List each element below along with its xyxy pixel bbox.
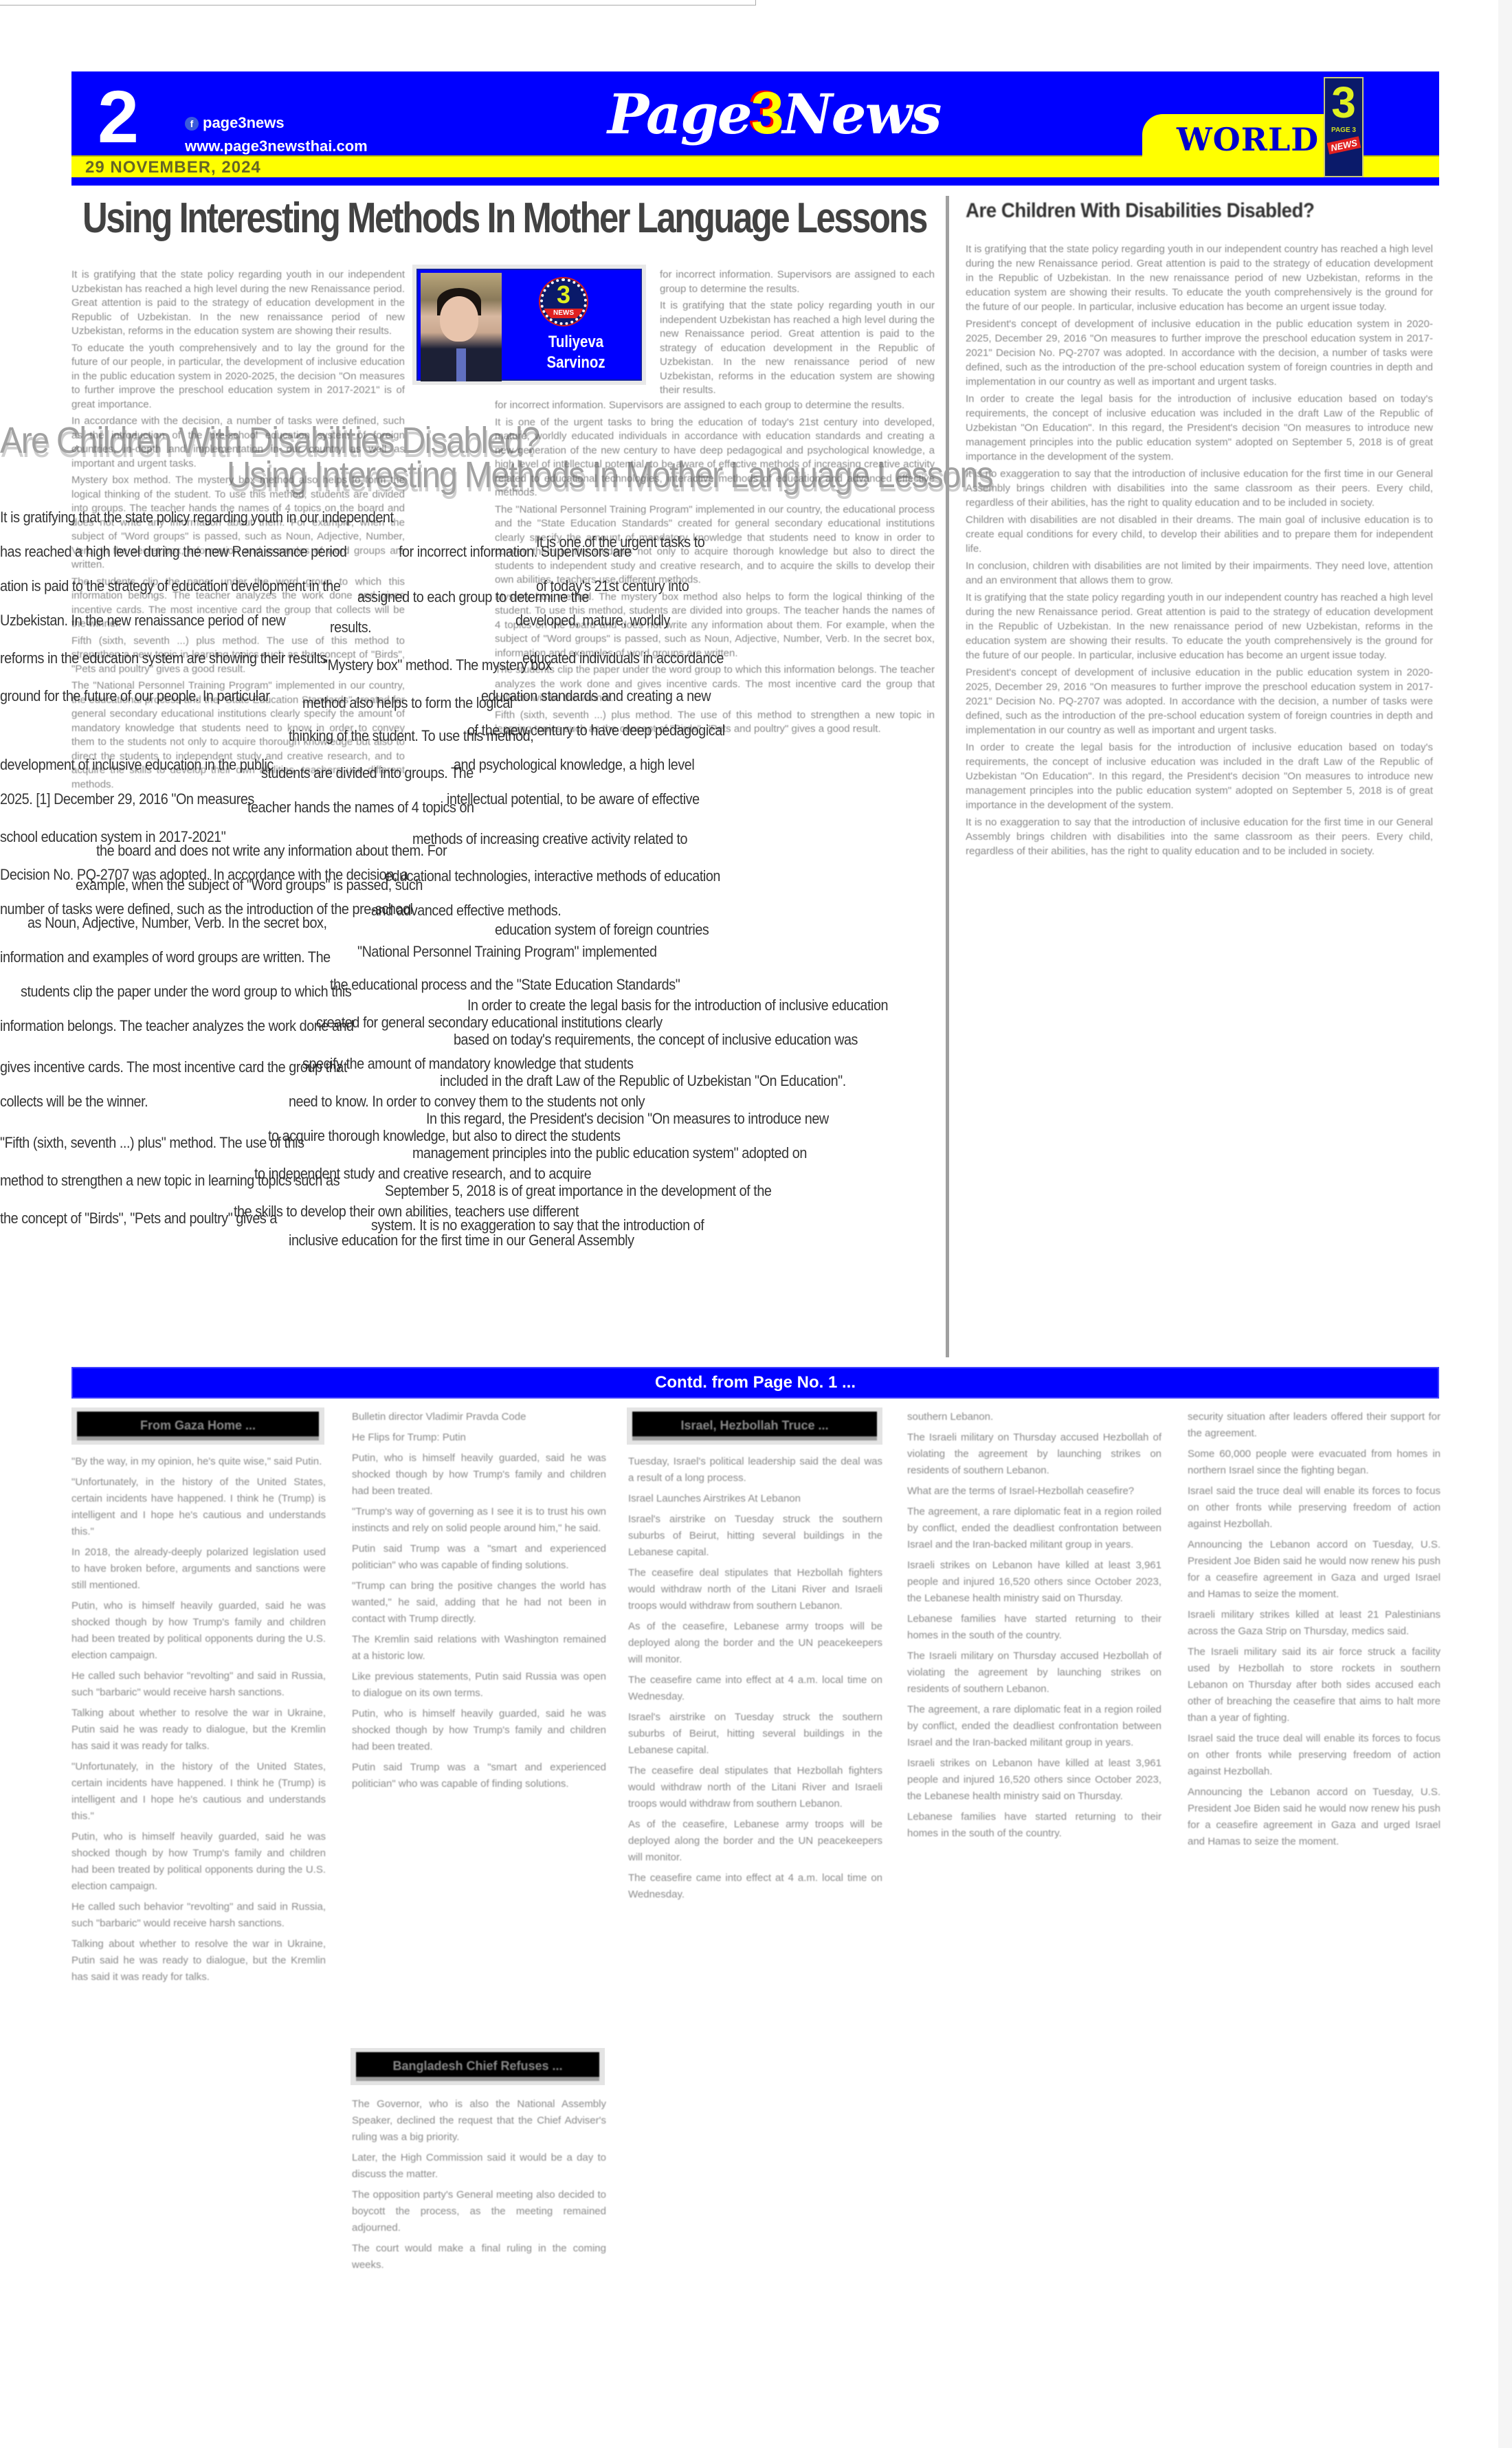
- paragraph: The "National Personnel Training Program…: [495, 503, 935, 588]
- paragraph: The ceasefire came into effect at 4 a.m.…: [628, 1870, 882, 1903]
- paragraph: Israel said the truce deal will enable i…: [1188, 1483, 1441, 1533]
- paragraph: southern Lebanon.: [907, 1409, 1161, 1425]
- paragraph: Later, the High Commission said it would…: [352, 2150, 606, 2183]
- paragraph: In accordance with the decision, a numbe…: [71, 414, 405, 471]
- lower-column-2: Bulletin director Vladimir Pravda Code H…: [352, 1409, 606, 2041]
- paragraph: In order to create the legal basis for t…: [966, 740, 1433, 812]
- paragraph: It is no exaggeration to say that the in…: [966, 467, 1433, 510]
- lower-column-2-bottom: The Governor, who is also the National A…: [352, 2096, 606, 2385]
- paragraph: President's concept of development of in…: [966, 665, 1433, 737]
- logo-number: 3: [751, 80, 783, 146]
- paragraph: "Trump's way of governing as I see it is…: [352, 1504, 606, 1537]
- badge-text: NEWS: [543, 309, 584, 318]
- paragraph: Israeli strikes on Lebanon have killed a…: [907, 1557, 1161, 1607]
- paragraph: "By the way, in my opinion, he's quite w…: [71, 1454, 326, 1470]
- paragraph: Putin, who is himself heavily guarded, s…: [352, 1706, 606, 1755]
- author-name: Tuliyeva Sarvinoz: [520, 332, 632, 373]
- paragraph: In 2018, the already-deeply polarized le…: [71, 1544, 326, 1594]
- author-card-inner: 3 NEWS Tuliyeva Sarvinoz: [416, 269, 642, 381]
- photo-face: [440, 296, 478, 342]
- paragraph: As of the ceasefire, Lebanese army troop…: [628, 1816, 882, 1866]
- paragraph: Putin, who is himself heavily guarded, s…: [71, 1829, 326, 1895]
- main-article-column-2: for incorrect information. Supervisors a…: [495, 399, 935, 1361]
- side-article-body: It is gratifying that the state policy r…: [966, 242, 1433, 1355]
- story-label: Bangladesh Chief Refuses ...: [356, 2052, 599, 2081]
- author-card: 3 NEWS Tuliyeva Sarvinoz: [412, 265, 646, 385]
- paragraph: Announcing the Lebanon accord on Tuesday…: [1188, 1537, 1441, 1603]
- paragraph: Putin, who is himself heavily guarded, s…: [71, 1598, 326, 1664]
- lower-column-3: Tuesday, Israel's political leadership s…: [628, 1454, 882, 2381]
- story-label: From Gaza Home ...: [77, 1412, 319, 1440]
- paragraph: The Israeli military on Thursday accused…: [907, 1429, 1161, 1479]
- paragraph: Announcing the Lebanon accord on Tuesday…: [1188, 1784, 1441, 1850]
- paragraph: The Israeli military on Thursday accused…: [907, 1648, 1161, 1698]
- continued-from-page-bar: Contd. from Page No. 1 ...: [71, 1367, 1439, 1399]
- paragraph: To educate the youth comprehensively and…: [71, 342, 405, 412]
- facebook-handle: page3news: [203, 114, 285, 131]
- paragraph: The Governor, who is also the National A…: [352, 2096, 606, 2146]
- main-article-column-1: It is gratifying that the state policy r…: [71, 268, 405, 1361]
- paragraph: for incorrect information. Supervisors a…: [495, 399, 935, 413]
- masthead: 2 fpage3news www.page3newsthai.com Page3…: [71, 71, 1439, 186]
- lower-column-1: "By the way, in my opinion, he's quite w…: [71, 1454, 326, 2381]
- paragraph: Fifth (sixth, seventh ...) plus method. …: [495, 709, 935, 737]
- paragraph: The opposition party's General meeting a…: [352, 2187, 606, 2236]
- paragraph: The agreement, a rare diplomatic feat in…: [907, 1504, 1161, 1553]
- author-photo: [421, 273, 502, 381]
- facebook-icon: f: [185, 117, 199, 131]
- section-label: WORLD: [1177, 121, 1319, 158]
- paragraph: It is gratifying that the state policy r…: [660, 299, 935, 398]
- logo-page3-text: PAGE 3: [1325, 126, 1362, 134]
- paragraph: Israeli military strikes killed at least…: [1188, 1607, 1441, 1640]
- paragraph: The court would make a final ruling in t…: [352, 2240, 606, 2273]
- paragraph: Fifth (sixth, seventh ...) plus method. …: [71, 634, 405, 677]
- author-last-name: Sarvinoz: [520, 353, 632, 373]
- paragraph: Israel's airstrike on Tuesday struck the…: [628, 1709, 882, 1759]
- paragraph: President's concept of development of in…: [966, 317, 1433, 389]
- lower-column-5: security situation after leaders offered…: [1188, 1409, 1441, 2392]
- column-divider: [946, 196, 949, 1357]
- paragraph: Mystery box method. The mystery box meth…: [495, 590, 935, 661]
- paragraph: The ceasefire deal stipulates that Hezbo…: [628, 1565, 882, 1614]
- lower-column-4: southern Lebanon. The Israeli military o…: [907, 1409, 1161, 2385]
- paragraph: Lebanese families have started returning…: [907, 1611, 1161, 1644]
- paragraph: The ceasefire deal stipulates that Hezbo…: [628, 1763, 882, 1812]
- paragraph: The Kremlin said relations with Washingt…: [352, 1632, 606, 1665]
- paragraph: Talking about whether to resolve the war…: [71, 1936, 326, 1985]
- paragraph: It is gratifying that the state policy r…: [71, 268, 405, 339]
- paragraph: He called such behavior "revolting" and …: [71, 1668, 326, 1701]
- paragraph: Israel Launches Airstrikes At Lebanon: [628, 1491, 882, 1507]
- paragraph: The Israeli military said its air force …: [1188, 1644, 1441, 1726]
- paragraph: Bulletin director Vladimir Pravda Code: [352, 1409, 606, 1425]
- paragraph: The ceasefire came into effect at 4 a.m.…: [628, 1672, 882, 1705]
- website-link[interactable]: www.page3newsthai.com: [185, 135, 368, 158]
- logo-3-glyph: 3: [1325, 78, 1362, 126]
- paragraph: Israeli strikes on Lebanon have killed a…: [907, 1755, 1161, 1805]
- paragraph: Tuesday, Israel's political leadership s…: [628, 1454, 882, 1487]
- paragraph: The students clip the paper under the wo…: [71, 575, 405, 632]
- paragraph: The agreement, a rare diplomatic feat in…: [907, 1702, 1161, 1751]
- social-links: fpage3news www.page3newsthai.com: [185, 111, 368, 158]
- paragraph: Children with disabilities are not disab…: [966, 513, 1433, 556]
- paragraph: Some 60,000 people were evacuated from h…: [1188, 1446, 1441, 1479]
- paragraph: He called such behavior "revolting" and …: [71, 1899, 326, 1932]
- paragraph: Israel said the truce deal will enable i…: [1188, 1731, 1441, 1780]
- facebook-link[interactable]: fpage3news: [185, 111, 368, 135]
- paragraph: Israel's airstrike on Tuesday struck the…: [628, 1511, 882, 1561]
- paragraph: Putin said Trump was a "smart and experi…: [352, 1759, 606, 1792]
- paragraph: As of the ceasefire, Lebanese army troop…: [628, 1618, 882, 1668]
- paragraph: It is no exaggeration to say that the in…: [966, 815, 1433, 858]
- photo-tie: [456, 348, 466, 381]
- logo-suffix: News: [783, 82, 941, 146]
- newspaper-logo: Page3News: [608, 84, 940, 143]
- paragraph: Lebanese families have started returning…: [907, 1809, 1161, 1842]
- paragraph: "Unfortunately, in the history of the Un…: [71, 1759, 326, 1825]
- page3-news-logo-icon: 3 PAGE 3 NEWS: [1324, 77, 1364, 177]
- page3-badge-icon: 3 NEWS: [540, 278, 587, 325]
- story-label-box: Bangladesh Chief Refuses ...: [351, 2048, 605, 2085]
- page-number: 2: [98, 80, 139, 154]
- story-label-box: From Gaza Home ...: [71, 1407, 324, 1445]
- section-tab: WORLD: [1142, 114, 1324, 177]
- paragraph: "Unfortunately, in the history of the Un…: [71, 1474, 326, 1540]
- paragraph: He Flips for Trump: Putin: [352, 1429, 606, 1446]
- paragraph: It is gratifying that the state policy r…: [966, 242, 1433, 314]
- badge-number: 3: [543, 281, 584, 309]
- paragraph: The "National Personnel Training Program…: [71, 679, 405, 792]
- paragraph: It is one of the urgent tasks to bring t…: [495, 416, 935, 500]
- paragraph: for incorrect information. Supervisors a…: [660, 268, 935, 296]
- issue-date: 29 NOVEMBER, 2024: [85, 158, 261, 177]
- paragraph: Putin, who is himself heavily guarded, s…: [352, 1450, 606, 1500]
- paragraph: The students clip the paper under the wo…: [495, 663, 935, 706]
- paragraph: "Trump can bring the positive changes th…: [352, 1578, 606, 1627]
- main-article-headline: Using Interesting Methods In Mother Lang…: [82, 194, 781, 243]
- logo-prefix: Page: [608, 82, 751, 146]
- logo-news-badge: NEWS: [1326, 136, 1361, 154]
- story-label: Israel, Hezbollah Truce ...: [632, 1412, 877, 1440]
- author-first-name: Tuliyeva: [520, 332, 632, 353]
- side-article-headline: Are Children With Disabilities Disabled?: [966, 199, 1396, 223]
- masthead-bottom-rule: [71, 177, 1439, 186]
- paragraph: In conclusion, children with disabilitie…: [966, 559, 1433, 588]
- paragraph: security situation after leaders offered…: [1188, 1409, 1441, 1442]
- paragraph: Talking about whether to resolve the war…: [71, 1705, 326, 1755]
- paragraph: It is gratifying that the state policy r…: [966, 590, 1433, 663]
- paragraph: Like previous statements, Putin said Rus…: [352, 1669, 606, 1702]
- page-right-margin: [1498, 0, 1512, 2448]
- story-label-box: Israel, Hezbollah Truce ...: [627, 1407, 882, 1445]
- scan-edge-artifact: [0, 0, 756, 5]
- paragraph: Putin said Trump was a "smart and experi…: [352, 1541, 606, 1574]
- main-article-column-2-top: for incorrect information. Supervisors a…: [660, 268, 935, 399]
- paragraph: Mystery box method. The mystery box meth…: [71, 474, 405, 572]
- paragraph: What are the terms of Israel-Hezbollah c…: [907, 1483, 1161, 1500]
- paragraph: In order to create the legal basis for t…: [966, 392, 1433, 464]
